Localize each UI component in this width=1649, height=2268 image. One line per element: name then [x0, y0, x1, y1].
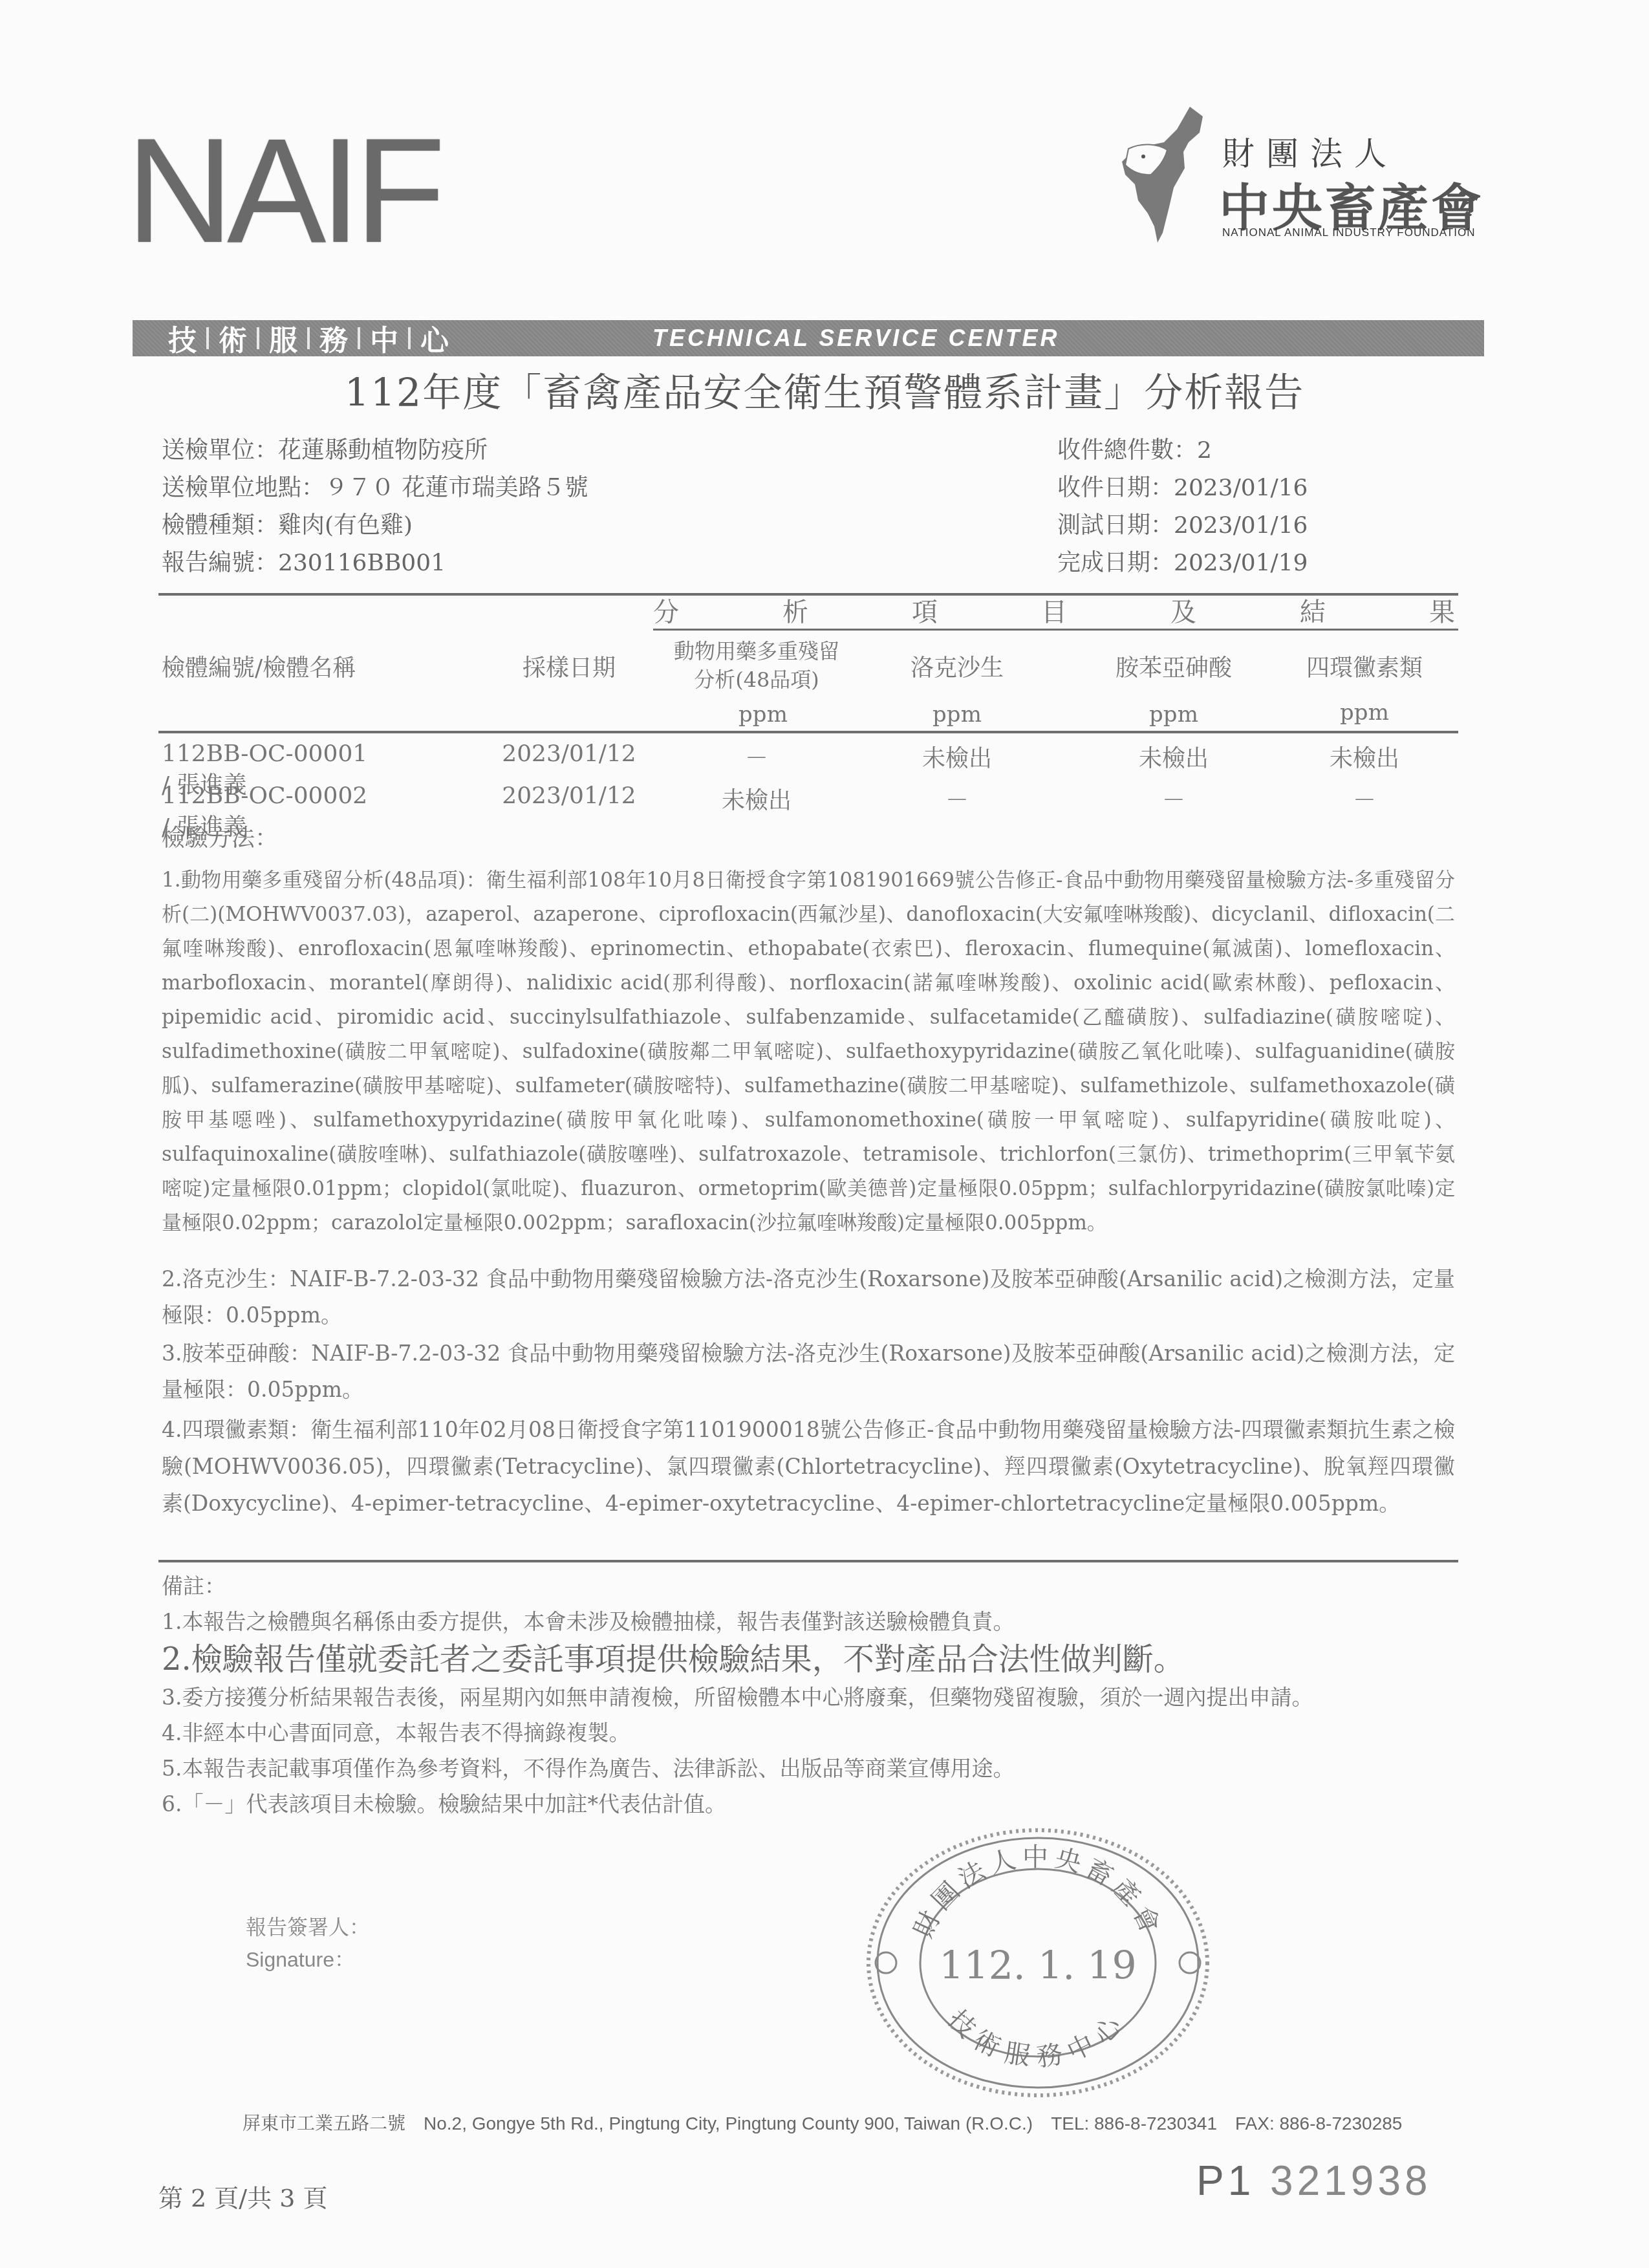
info-row: 完成日期：2023/01/19: [1057, 545, 1308, 582]
info-colon: ：: [255, 512, 278, 539]
banner-separator: [307, 327, 310, 349]
footer-address: 屏東市工業五路二號 No.2, Gongye 5th Rd., Pingtung…: [242, 2110, 1402, 2135]
info-label: 報告編號: [162, 550, 255, 576]
banner-char: 術: [209, 318, 257, 359]
table-cell: －: [1093, 783, 1255, 815]
info-label: 收件總件數: [1057, 437, 1174, 464]
table-header-rule: [158, 731, 1458, 733]
seal-icon: 財團法人中央畜產會 技術服務中心 112. 1. 19: [857, 1824, 1219, 2102]
banner-chinese: 技術服務中心: [158, 318, 458, 359]
info-label: 送檢單位: [162, 437, 255, 464]
info-value: 230116BB001: [278, 550, 446, 576]
svg-text:112. 1. 19: 112. 1. 19: [939, 1943, 1136, 1989]
info-colon: ：: [255, 437, 278, 464]
methods-heading: 檢驗方法：: [162, 820, 278, 858]
col-header-multi-residue: 動物用藥多重殘留分析(48品項): [673, 637, 841, 694]
remarks-section: 備註： 1.本報告之檢體與名稱係由委方提供，本會未涉及檢體抽樣，報告表僅對該送驗…: [162, 1568, 1313, 1822]
table-cell: 未檢出: [1284, 740, 1445, 773]
info-value: 2023/01/16: [1174, 512, 1308, 539]
date-info: 收件總件數：2收件日期：2023/01/16測試日期：2023/01/16完成日…: [1057, 432, 1308, 582]
banner-char: 心: [411, 318, 458, 359]
method-1: 1.動物用藥多重殘留分析(48品項)：衛生福利部108年10月8日衛授食字第10…: [162, 863, 1455, 1240]
unit-tetracyclines: ppm: [1319, 700, 1410, 726]
group-header-char: 果: [1429, 592, 1455, 629]
banner-english: TECHNICAL SERVICE CENTER: [652, 325, 1059, 352]
info-row: 送檢單位：花蓮縣動植物防疫所: [162, 432, 588, 470]
submission-info: 送檢單位：花蓮縣動植物防疫所送檢單位地點：９７０ 花蓮市瑞美路５號檢體種類：雞肉…: [162, 432, 588, 582]
unit-roxarsone: ppm: [912, 702, 1002, 728]
unit-multi-residue: ppm: [718, 702, 808, 728]
info-value: 2023/01/16: [1174, 475, 1308, 501]
serial-value: 321938: [1270, 2157, 1432, 2204]
info-value: 2: [1197, 437, 1212, 464]
info-row: 檢體種類：雞肉(有色雞): [162, 507, 588, 545]
info-label: 送檢單位地點: [162, 475, 301, 501]
svg-text:技術服務中心: 技術服務中心: [942, 2005, 1134, 2073]
unit-arsanilic: ppm: [1128, 702, 1219, 728]
info-label: 檢體種類: [162, 512, 255, 539]
group-header-char: 析: [782, 592, 808, 629]
remark-5: 5.本報告表記載事項僅作為參考資料，不得作為廣告、法律訴訟、出版品等商業宣傳用途…: [162, 1751, 1313, 1786]
remarks-rule: [158, 1560, 1458, 1562]
info-colon: ：: [301, 475, 325, 501]
remark-1: 1.本報告之檢體與名稱係由委方提供，本會未涉及檢體抽樣，報告表僅對該送驗檢體負責…: [162, 1604, 1313, 1639]
method-2: 2.洛克沙生：NAIF-B-7.2-03-32 食品中動物用藥殘留檢驗方法-洛克…: [162, 1261, 1455, 1334]
table-cell: 未檢出: [1093, 740, 1255, 773]
method-4: 4.四環黴素類：衛生福利部110年02月08日衛授食字第1101900018號公…: [162, 1411, 1455, 1522]
info-row: 收件總件數：2: [1057, 432, 1308, 470]
svg-text:財團法人中央畜產會: 財團法人中央畜產會: [909, 1842, 1167, 1942]
col-header-roxarsone: 洛克沙生: [886, 650, 1028, 683]
banner-char: 技: [158, 318, 206, 359]
banner-char: 服: [259, 318, 307, 359]
info-colon: ：: [1150, 550, 1174, 576]
signature-label-en: Signature：: [246, 1943, 370, 1976]
banner-char: 中: [360, 318, 408, 359]
table-cell: －: [886, 783, 1028, 815]
info-colon: ：: [1150, 512, 1174, 539]
table-cell: －: [1284, 783, 1445, 815]
col-header-sampling-date: 採樣日期: [498, 650, 640, 683]
serial-number: P1 321938: [1196, 2157, 1432, 2205]
info-colon: ：: [1150, 475, 1174, 501]
remark-2: 2.檢驗報告僅就委託者之委託事項提供檢驗結果，不對產品合法性做判斷。: [162, 1639, 1313, 1679]
method-3: 3.胺苯亞砷酸：NAIF-B-7.2-03-32 食品中動物用藥殘留檢驗方法-洛…: [162, 1335, 1455, 1408]
naif-logo: NAIF: [126, 116, 439, 265]
page-number: 第 2 頁/共 3 頁: [158, 2178, 327, 2214]
group-header-char: 分: [653, 592, 679, 629]
group-header-char: 項: [912, 592, 938, 629]
group-header-char: 目: [1041, 592, 1067, 629]
info-label: 測試日期: [1057, 512, 1150, 539]
banner-char: 務: [310, 318, 358, 359]
table-cell: 2023/01/12: [498, 740, 640, 767]
technical-service-banner: 技術服務中心 TECHNICAL SERVICE CENTER: [133, 320, 1484, 356]
banner-separator: [358, 327, 360, 349]
official-seal: 財團法人中央畜產會 技術服務中心 112. 1. 19: [857, 1824, 1219, 2102]
info-label: 收件日期: [1057, 475, 1150, 501]
info-value: 2023/01/19: [1174, 550, 1308, 576]
org-logo: 財團法人 中央畜產會 NATIONAL ANIMAL INDUSTRY FOUN…: [1099, 97, 1500, 246]
signature-label-zh: 報告簽署人：: [246, 1911, 370, 1943]
col-header-tetracyclines: 四環黴素類: [1284, 650, 1445, 683]
org-name-english: NATIONAL ANIMAL INDUSTRY FOUNDATION: [1222, 226, 1475, 239]
remarks-heading: 備註：: [162, 1568, 1313, 1604]
info-row: 送檢單位地點：９７０ 花蓮市瑞美路５號: [162, 470, 588, 507]
info-row: 測試日期：2023/01/16: [1057, 507, 1308, 545]
table-cell: 未檢出: [886, 740, 1028, 773]
info-value: 花蓮縣動植物防疫所: [278, 437, 488, 464]
group-header-rule: [653, 629, 1458, 631]
group-header-char: 及: [1170, 592, 1196, 629]
info-label: 完成日期: [1057, 550, 1150, 576]
info-row: 收件日期：2023/01/16: [1057, 470, 1308, 507]
remark-3: 3.委方接獲分析結果報告表後，兩星期內如無申請複檢，所留檢體本中心將廢棄，但藥物…: [162, 1679, 1313, 1715]
col-header-arsanilic: 胺苯亞砷酸: [1093, 650, 1255, 683]
banner-separator: [257, 327, 259, 349]
table-cell: 2023/01/12: [498, 783, 640, 809]
info-colon: ：: [255, 550, 278, 576]
analysis-group-header: 分析項目及結果: [653, 592, 1455, 629]
taiwan-emblem-icon: [1112, 103, 1235, 246]
report-title: 112年度「畜禽產品安全衛生預警體系計畫」分析報告: [0, 362, 1649, 418]
info-colon: ：: [1174, 437, 1197, 464]
remark-6: 6.「－」代表該項目未檢驗。檢驗結果中加註*代表估計值。: [162, 1786, 1313, 1822]
info-value: 雞肉(有色雞): [278, 512, 413, 539]
col-header-sample-id: 檢體編號/檢體名稱: [162, 650, 375, 683]
group-header-char: 結: [1300, 592, 1326, 629]
banner-separator: [408, 327, 411, 349]
serial-prefix: P1: [1196, 2157, 1255, 2204]
info-value: ９７０ 花蓮市瑞美路５號: [325, 475, 588, 501]
table-cell: －: [685, 740, 828, 773]
remark-4: 4.非經本中心書面同意，本報告表不得摘錄複製。: [162, 1715, 1313, 1751]
table-cell: 未檢出: [685, 783, 828, 815]
info-row: 報告編號：230116BB001: [162, 545, 588, 582]
banner-separator: [206, 327, 209, 349]
signature-block: 報告簽署人： Signature：: [246, 1911, 370, 1976]
